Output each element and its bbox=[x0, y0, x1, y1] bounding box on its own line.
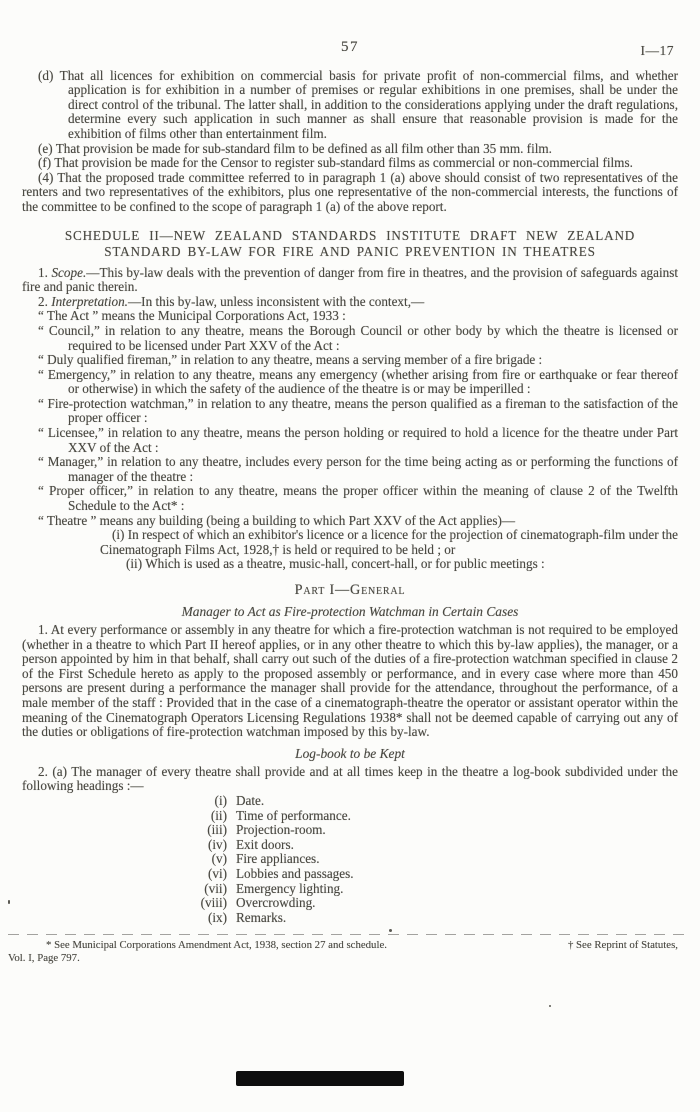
footnotes: * See Municipal Corporations Amendment A… bbox=[22, 939, 678, 965]
list-number: (iii) bbox=[170, 823, 236, 838]
theatre-subitem-i: (i) In respect of which an exhibitor's l… bbox=[100, 528, 678, 557]
document-page: 57 I—17 (d) That all licences for exhibi… bbox=[0, 0, 700, 1112]
clause-2-intro: 2. (a) The manager of every theatre shal… bbox=[22, 765, 678, 794]
logbook-item: (vii)Emergency lighting. bbox=[170, 882, 678, 897]
part1-heading: Part I—General bbox=[22, 582, 678, 598]
definition-theatre: “ Theatre ” means any building (being a … bbox=[68, 514, 678, 529]
schedule-heading-line1: SCHEDULE II—NEW ZEALAND STANDARDS INSTIT… bbox=[22, 228, 678, 245]
clause-text: —This by-law deals with the prevention o… bbox=[22, 265, 678, 295]
logbook-item: (v)Fire appliances. bbox=[170, 852, 678, 867]
logbook-item: (viii)Overcrowding. bbox=[170, 896, 678, 911]
logbook-list: (i)Date. (ii)Time of performance. (iii)P… bbox=[170, 794, 678, 925]
definition-fire-protection-watchman: “ Fire-protection watchman,” in relation… bbox=[68, 397, 678, 426]
item-text: That provision be made for the Censor to… bbox=[54, 155, 633, 170]
logbook-heading: Log-book to be Kept bbox=[22, 746, 678, 761]
item-text: That all licences for exhibition on comm… bbox=[60, 68, 678, 141]
footnote-divider bbox=[8, 934, 684, 935]
list-text: Time of performance. bbox=[236, 808, 351, 823]
clause-1: 1. At every performance or assembly in a… bbox=[22, 623, 678, 740]
subitem-number: (ii) bbox=[126, 556, 142, 571]
list-text: Remarks. bbox=[236, 910, 286, 925]
item-text: That provision be made for sub-standard … bbox=[56, 141, 552, 156]
subitem-text: Which is used as a theatre, music-hall, … bbox=[145, 556, 545, 571]
schedule-heading: SCHEDULE II—NEW ZEALAND STANDARDS INSTIT… bbox=[22, 228, 678, 261]
clause-number: 1. bbox=[38, 265, 48, 280]
list-text: Fire appliances. bbox=[236, 851, 320, 866]
list-number: (iv) bbox=[170, 838, 236, 853]
definition-licensee: “ Licensee,” in relation to any theatre,… bbox=[68, 426, 678, 455]
list-number: (i) bbox=[170, 794, 236, 809]
scan-speck bbox=[549, 1005, 551, 1007]
definition-proper-officer: “ Proper officer,” in relation to any th… bbox=[68, 484, 678, 513]
logbook-item: (ix)Remarks. bbox=[170, 911, 678, 926]
schedule-heading-line2: STANDARD BY-LAW FOR FIRE AND PANIC PREVE… bbox=[22, 244, 678, 261]
list-text: Exit doors. bbox=[236, 837, 294, 852]
scan-artifact-bar bbox=[236, 1071, 404, 1086]
list-number: (viii) bbox=[170, 896, 236, 911]
logbook-item: (iii)Projection-room. bbox=[170, 823, 678, 838]
footnote-asterisk: * See Municipal Corporations Amendment A… bbox=[46, 939, 387, 952]
definition-council: “ Council,” in relation to any theatre, … bbox=[68, 324, 678, 353]
logbook-item: (ii)Time of performance. bbox=[170, 809, 678, 824]
report-item-f: (f) That provision be made for the Censo… bbox=[68, 156, 678, 171]
definition-the-act: “ The Act ” means the Municipal Corporat… bbox=[68, 309, 678, 324]
list-number: (ii) bbox=[170, 809, 236, 824]
clause-term: Interpretation. bbox=[51, 294, 128, 309]
footnote-line-1: * See Municipal Corporations Amendment A… bbox=[22, 939, 678, 952]
logbook-item: (i)Date. bbox=[170, 794, 678, 809]
scan-speck bbox=[389, 929, 392, 932]
logbook-item: (iv)Exit doors. bbox=[170, 838, 678, 853]
theatre-subitem-ii: (ii) Which is used as a theatre, music-h… bbox=[100, 557, 678, 572]
list-text: Emergency lighting. bbox=[236, 881, 343, 896]
paragraph-4: (4) That the proposed trade committee re… bbox=[22, 171, 678, 215]
report-item-e: (e) That provision be made for sub-stand… bbox=[68, 142, 678, 157]
interpretation-clause: 2. Interpretation.—In this by-law, unles… bbox=[22, 295, 678, 310]
definition-duly-qualified-fireman: “ Duly qualified fireman,” in relation t… bbox=[68, 353, 678, 368]
list-text: Date. bbox=[236, 793, 264, 808]
report-item-d: (d) That all licences for exhibition on … bbox=[68, 69, 678, 142]
document-body: (d) That all licences for exhibition on … bbox=[0, 69, 700, 966]
clause-number: 2. bbox=[38, 294, 48, 309]
page-header: 57 I—17 bbox=[0, 0, 700, 55]
logbook-item: (vi)Lobbies and passages. bbox=[170, 867, 678, 882]
scope-clause: 1. Scope.—This by-law deals with the pre… bbox=[22, 266, 678, 295]
list-number: (v) bbox=[170, 852, 236, 867]
subitem-number: (i) bbox=[112, 527, 124, 542]
definition-emergency: “ Emergency,” in relation to any theatre… bbox=[68, 368, 678, 397]
list-number: (vi) bbox=[170, 867, 236, 882]
item-label: (d) bbox=[38, 68, 53, 83]
list-number: (ix) bbox=[170, 911, 236, 926]
definition-manager: “ Manager,” in relation to any theatre, … bbox=[68, 455, 678, 484]
item-label: (e) bbox=[38, 141, 53, 156]
item-label: (f) bbox=[38, 155, 51, 170]
page-number: 57 bbox=[0, 40, 700, 55]
clause-text: —In this by-law, unless inconsistent wit… bbox=[128, 294, 424, 309]
footnote-dagger: † See Reprint of Statutes, bbox=[568, 939, 678, 952]
list-text: Overcrowding. bbox=[236, 895, 315, 910]
list-text: Projection-room. bbox=[236, 822, 326, 837]
clause-term: Scope. bbox=[51, 265, 86, 280]
paper-reference: I—17 bbox=[641, 44, 675, 59]
scan-speck bbox=[8, 900, 10, 904]
footnote-line-2: Vol. I, Page 797. bbox=[8, 952, 678, 965]
subitem-text: In respect of which an exhibitor's licen… bbox=[100, 527, 678, 557]
list-number: (vii) bbox=[170, 882, 236, 897]
part1-subheading: Manager to Act as Fire-protection Watchm… bbox=[22, 604, 678, 619]
list-text: Lobbies and passages. bbox=[236, 866, 354, 881]
